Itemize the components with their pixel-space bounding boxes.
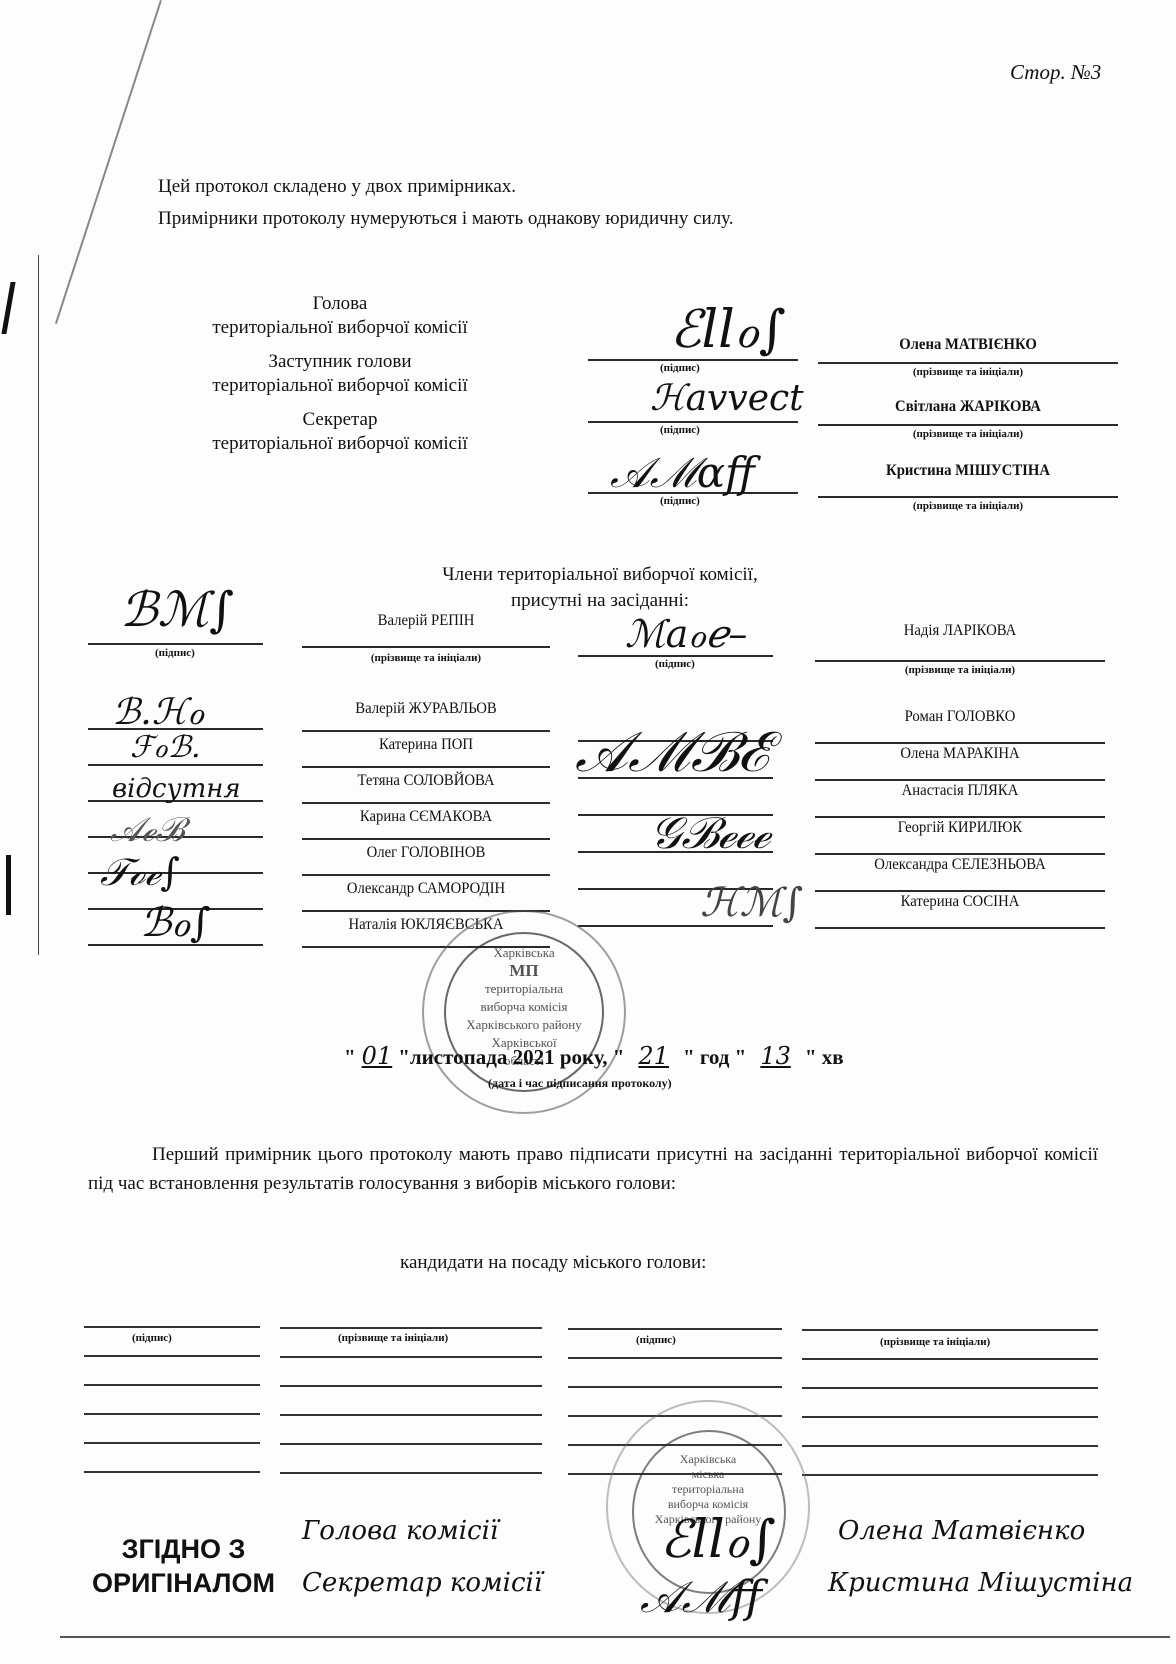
name-line-secretary <box>818 496 1118 498</box>
handwritten-role-secretary: Секретар комісії <box>302 1568 542 1598</box>
stamp-mp-label: МП <box>424 962 624 980</box>
candidate-line <box>802 1329 1098 1331</box>
member-name: Надія ЛАРІКОВА <box>827 622 1094 640</box>
candidate-line <box>280 1414 542 1416</box>
datetime-caption: (дата і час підписання протоколу) <box>488 1076 672 1091</box>
member-name: Катерина СОСІНА <box>827 893 1094 911</box>
time-minute: 13 <box>746 1042 805 1070</box>
signature-deputy: ℋavvect <box>650 378 804 419</box>
signature-secretary: 𝒜ℳαff <box>610 448 755 498</box>
member-name: Тетяна СОЛОВЙОВА <box>312 772 540 790</box>
name-chair: Олена МАТВІЄНКО <box>830 336 1106 354</box>
name-line <box>815 660 1105 662</box>
name-line <box>815 779 1105 781</box>
candidate-line <box>802 1416 1098 1418</box>
certified-copy-stamp: ЗГІДНО З ОРИГІНАЛОМ <box>92 1532 275 1600</box>
handwritten-name-secretary: Кристина Мішустіна <box>828 1568 1133 1598</box>
name-caption: (прізвище та ініціали) <box>338 1332 448 1344</box>
signature-caption: (підпис) <box>660 424 700 436</box>
member-signature: ℬℴ∫ <box>140 900 211 946</box>
member-signature: ℬℳ∫ <box>120 582 234 638</box>
member-name: Олег ГОЛОВІНОВ <box>312 844 540 862</box>
signature-caption: (підпис) <box>155 647 195 659</box>
candidate-line <box>802 1445 1098 1447</box>
name-line <box>302 802 550 804</box>
name-caption: (прізвище та ініціали) <box>880 1336 990 1348</box>
signature-line-deputy <box>588 421 798 423</box>
member-signature: 𝒢ℬℯℯℯ <box>650 808 770 859</box>
candidate-line <box>280 1472 542 1474</box>
candidate-line <box>84 1355 260 1357</box>
member-name: Анастасія ПЛЯКА <box>827 782 1094 800</box>
signature-line <box>88 643 263 645</box>
candidate-line <box>280 1356 542 1358</box>
candidate-line <box>280 1385 542 1387</box>
name-line <box>815 742 1105 744</box>
page-number: Стор. №3 <box>1010 60 1101 85</box>
margin-mark <box>1 282 15 334</box>
member-name: Георгій КИРИЛЮК <box>827 819 1094 837</box>
date-month-year: листопада 2021 року, <box>410 1045 608 1069</box>
hour-label: год <box>700 1045 730 1069</box>
candidate-line <box>568 1386 782 1388</box>
name-caption: (прізвище та ініціали) <box>818 366 1118 378</box>
signature-chair-certification: ℰllℴ∫ <box>660 1510 776 1570</box>
signature-caption: (підпис) <box>655 658 695 670</box>
name-line <box>302 766 550 768</box>
member-signature: 𝒯ℴℯ∫ <box>100 850 180 895</box>
name-line <box>302 730 550 732</box>
name-caption: (прізвище та ініціали) <box>818 500 1118 512</box>
member-name: Катерина ПОП <box>312 736 540 754</box>
name-line <box>302 838 550 840</box>
member-name: Олександр САМОРОДІН <box>312 880 540 898</box>
role-secretary: Секретар територіальної виборчої комісії <box>160 408 520 456</box>
name-caption: (прізвище та ініціали) <box>815 664 1105 676</box>
member-name: Карина СЄМАКОВА <box>312 808 540 826</box>
signature-caption: (підпис) <box>132 1332 172 1344</box>
member-name: Валерій РЕПІН <box>312 612 540 630</box>
candidate-line <box>84 1442 260 1444</box>
minute-label: хв <box>822 1045 844 1069</box>
time-hour: 21 <box>624 1042 683 1070</box>
members-heading: Члени територіальної виборчої комісії, п… <box>380 562 820 614</box>
handwritten-name-chair: Олена Матвієнко <box>838 1516 1085 1546</box>
intro-line-2: Примірники протоколу нумеруються і мають… <box>158 204 734 234</box>
candidates-heading: кандидати на посаду міського голови: <box>400 1252 706 1274</box>
name-line <box>302 874 550 876</box>
member-name: Олена МАРАКІНА <box>827 745 1094 763</box>
signature-caption: (підпис) <box>636 1334 676 1346</box>
margin-mark <box>6 855 11 915</box>
role-chair: Голова територіальної виборчої комісії <box>160 292 520 340</box>
name-line <box>815 927 1105 929</box>
candidate-line <box>280 1327 542 1329</box>
name-caption: (прізвище та ініціали) <box>302 652 550 664</box>
signature-caption: (підпис) <box>660 362 700 374</box>
candidate-line <box>84 1413 260 1415</box>
name-deputy: Світлана ЖАРІКОВА <box>830 398 1106 416</box>
candidate-line <box>568 1357 782 1359</box>
candidate-line <box>84 1326 260 1328</box>
member-signature: ℱℴℬ. <box>130 730 201 765</box>
name-line-chair <box>818 362 1118 364</box>
candidate-line <box>84 1471 260 1473</box>
member-signature: 𝒜ℯℬ <box>110 810 184 850</box>
bottom-rule <box>60 1636 1170 1638</box>
member-signature: 𝒜ℳℬℰ <box>575 720 770 786</box>
candidate-line <box>568 1328 782 1330</box>
member-signature: ℬ.ℋℴ <box>112 692 204 733</box>
margin-rule <box>38 255 39 955</box>
handwritten-role-chair: Голова комісії <box>302 1516 498 1546</box>
name-line <box>815 816 1105 818</box>
name-line <box>815 890 1105 892</box>
candidate-line <box>802 1474 1098 1476</box>
intro-line-1: Цей протокол складено у двох примірниках… <box>158 172 516 202</box>
absent-note: відсутня <box>112 774 241 804</box>
name-caption: (прізвище та ініціали) <box>818 428 1118 440</box>
role-deputy: Заступник голови територіальної виборчої… <box>160 350 520 398</box>
name-line-deputy <box>818 424 1118 426</box>
date-day: 01 <box>356 1042 399 1070</box>
signature-secretary-certification: 𝒜ℳff <box>640 1572 762 1623</box>
fold-line <box>55 0 162 324</box>
member-name: Олександра СЕЛЕЗНЬОВА <box>827 856 1094 874</box>
name-line <box>302 646 550 648</box>
member-signature: ℋℳ∫ <box>700 880 803 926</box>
candidate-line <box>802 1358 1098 1360</box>
datetime-line: "01"листопада 2021 року, "21" год "13" х… <box>344 1042 844 1070</box>
name-line <box>815 853 1105 855</box>
signature-chair: ℰllℴ∫ <box>670 300 786 360</box>
member-name: Роман ГОЛОВКО <box>827 708 1094 726</box>
leadership-roles: Голова територіальної виборчої комісії З… <box>160 292 520 456</box>
candidate-line <box>802 1387 1098 1389</box>
candidate-line <box>280 1443 542 1445</box>
candidate-line <box>84 1384 260 1386</box>
name-secretary: Кристина МІШУСТІНА <box>830 462 1106 480</box>
member-signature: ℳaℴℯ– <box>625 612 747 656</box>
first-copy-paragraph: Перший примірник цього протоколу мають п… <box>88 1140 1098 1198</box>
member-name: Валерій ЖУРАВЛЬОВ <box>312 700 540 718</box>
